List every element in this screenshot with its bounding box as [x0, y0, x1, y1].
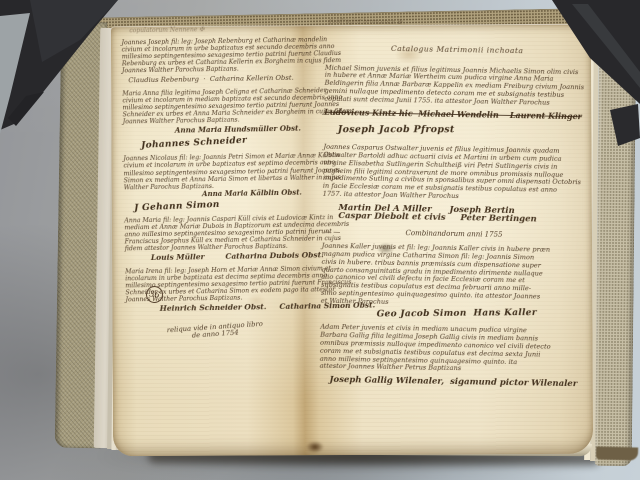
photo-scene: copulatorum Nennene ✠Joannes Joseph fil:…: [0, 0, 640, 480]
right-clamp-strap-end: [610, 104, 640, 146]
page-weights: [0, 0, 640, 480]
